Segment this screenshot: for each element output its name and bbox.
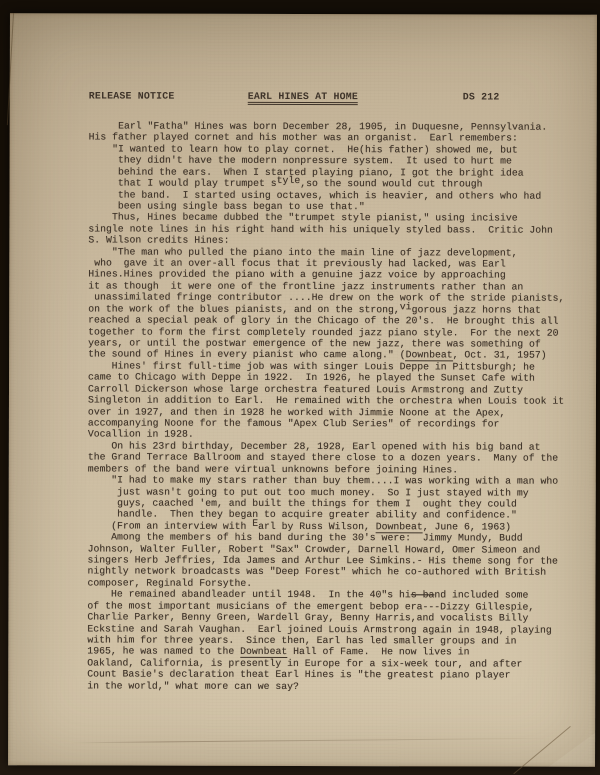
paper-sheet: RELEASE NOTICE EARL HINES AT HOME DS 212… <box>8 13 597 767</box>
document-body: Earl "Fatha" Hines was born December 28,… <box>87 120 580 692</box>
paper-horizontal-crease <box>70 738 550 744</box>
document-title: EARL HINES AT HOME <box>248 91 358 105</box>
document-header: RELEASE NOTICE EARL HINES AT HOME DS 212 <box>10 90 597 106</box>
document-line: in the world," what more can we say? <box>87 680 579 693</box>
paper-corner-fold-shadow <box>549 733 595 767</box>
document-number: DS 212 <box>463 91 500 102</box>
paper-top-left-crease <box>7 13 14 125</box>
release-notice-label: RELEASE NOTICE <box>89 90 175 101</box>
photo-background: RELEASE NOTICE EARL HINES AT HOME DS 212… <box>0 0 600 775</box>
